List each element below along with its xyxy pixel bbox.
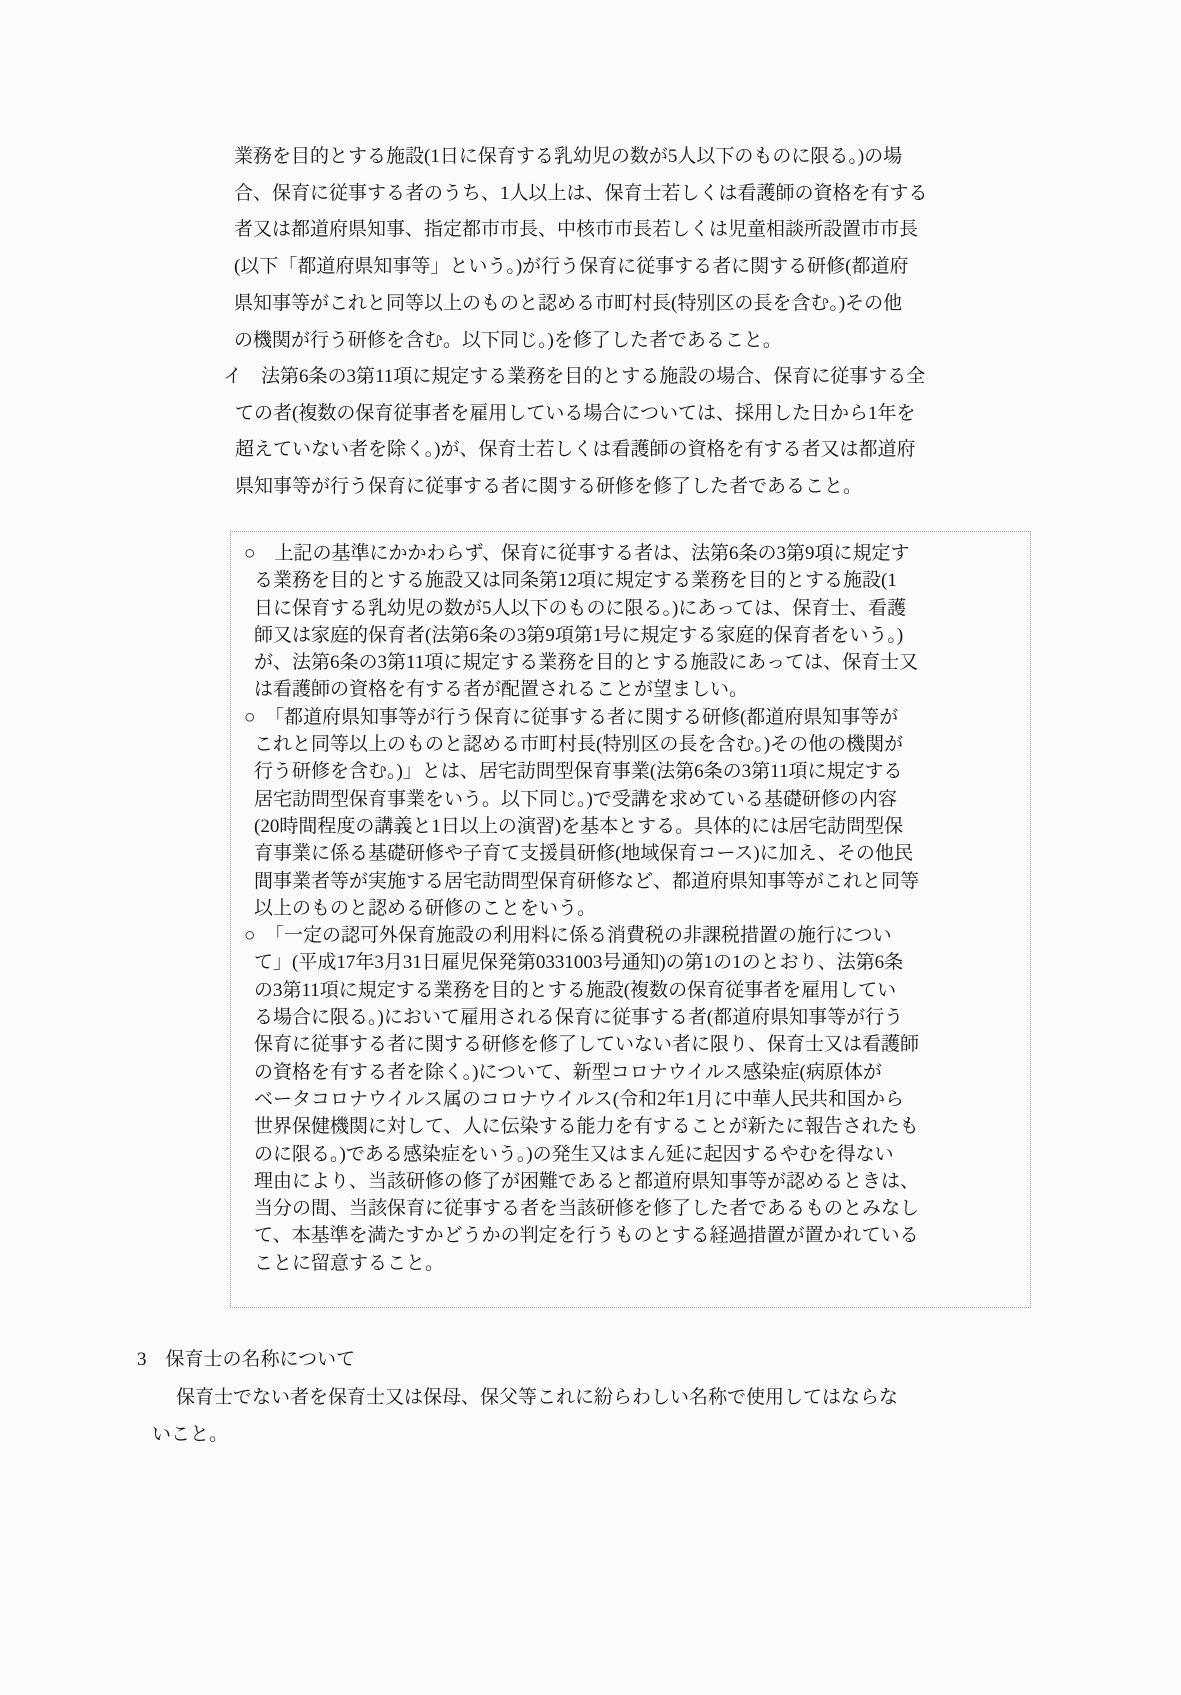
notice-item-1: ○ 上記の基準にかかわらず、保育に従事する者は、法第6条の3第9項に規定す る業… <box>244 540 1022 704</box>
notice-item-2: ○ 「都道府県知事等が行う保育に従事する者に関する研修(都道府県知事等が これと… <box>244 704 1022 922</box>
section-3-heading: 3 保育士の名称について <box>137 1341 355 1379</box>
list-item-i: イ 法第6条の3第11項に規定する業務を目的とする施設の場合、保育に従事する全 … <box>235 359 1035 506</box>
supplementary-notice-box: ○ 上記の基準にかかわらず、保育に従事する者は、法第6条の3第9項に規定す る業… <box>230 531 1031 1308</box>
document-page: 業務を目的とする施設(1日に保育する乳幼児の数が5人以下のものに限る。)の場 合… <box>0 0 1181 1695</box>
paragraph-a-continuation: 業務を目的とする施設(1日に保育する乳幼児の数が5人以下のものに限る。)の場 合… <box>234 139 1034 359</box>
notice-item-3: ○ 「一定の認可外保育施設の利用料に係る消費税の非課税措置の施行につい て」(平… <box>244 922 1022 1277</box>
section-3-body: 保育士でない者を保育士又は保母、保父等これに紛らわしい名称で使用してはならな い… <box>152 1379 1072 1454</box>
